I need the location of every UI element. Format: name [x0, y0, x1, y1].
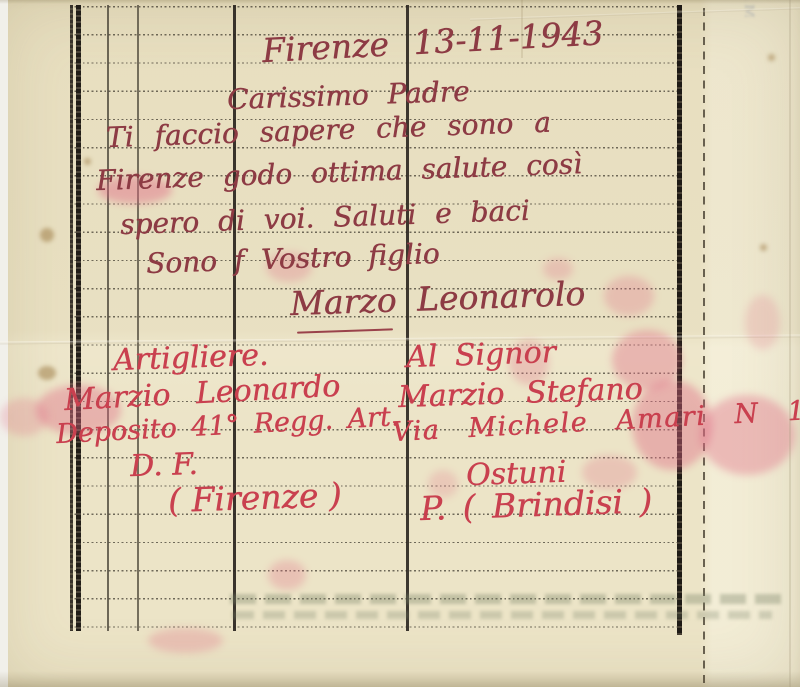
sender-abbrev: D. F. — [129, 450, 198, 482]
ink-smudge — [148, 628, 223, 653]
vertical-rule — [677, 5, 682, 635]
vertical-rule — [70, 5, 73, 631]
ink-smudge — [604, 276, 654, 316]
paper-stain — [40, 228, 54, 242]
paper-edge — [789, 0, 791, 687]
ink-smudge — [268, 560, 306, 590]
ink-smudge — [745, 295, 780, 350]
vertical-rule — [107, 5, 109, 631]
ghost-print-line — [230, 594, 790, 604]
scanned-letter-page: MARGINE DA INCOLLARSI Firenze 13-11-1943… — [0, 0, 800, 687]
ghost-print-line — [232, 611, 772, 619]
ink-smudge — [0, 398, 48, 436]
paper-stain — [768, 54, 775, 61]
paper-stain — [38, 366, 56, 380]
paper-stain — [84, 158, 91, 165]
letter-signature: Marzo Leonarolo — [289, 277, 585, 320]
paper-edge-shadow — [0, 0, 800, 4]
vertical-rule — [76, 5, 81, 631]
paper-stain — [760, 244, 767, 251]
sender-city: ( Firenze ) — [167, 478, 342, 517]
recipient-province: P. ( Brindisi ) — [419, 484, 652, 525]
recipient-salutation: Al Signor — [405, 338, 556, 373]
vertical-rule — [137, 5, 139, 631]
vertical-rule-dashed — [703, 8, 705, 686]
paper-edge-shadow — [0, 671, 800, 687]
letter-salutation: Carissimo Padre — [227, 78, 470, 114]
sender-rank: Artigliere. — [112, 341, 268, 376]
